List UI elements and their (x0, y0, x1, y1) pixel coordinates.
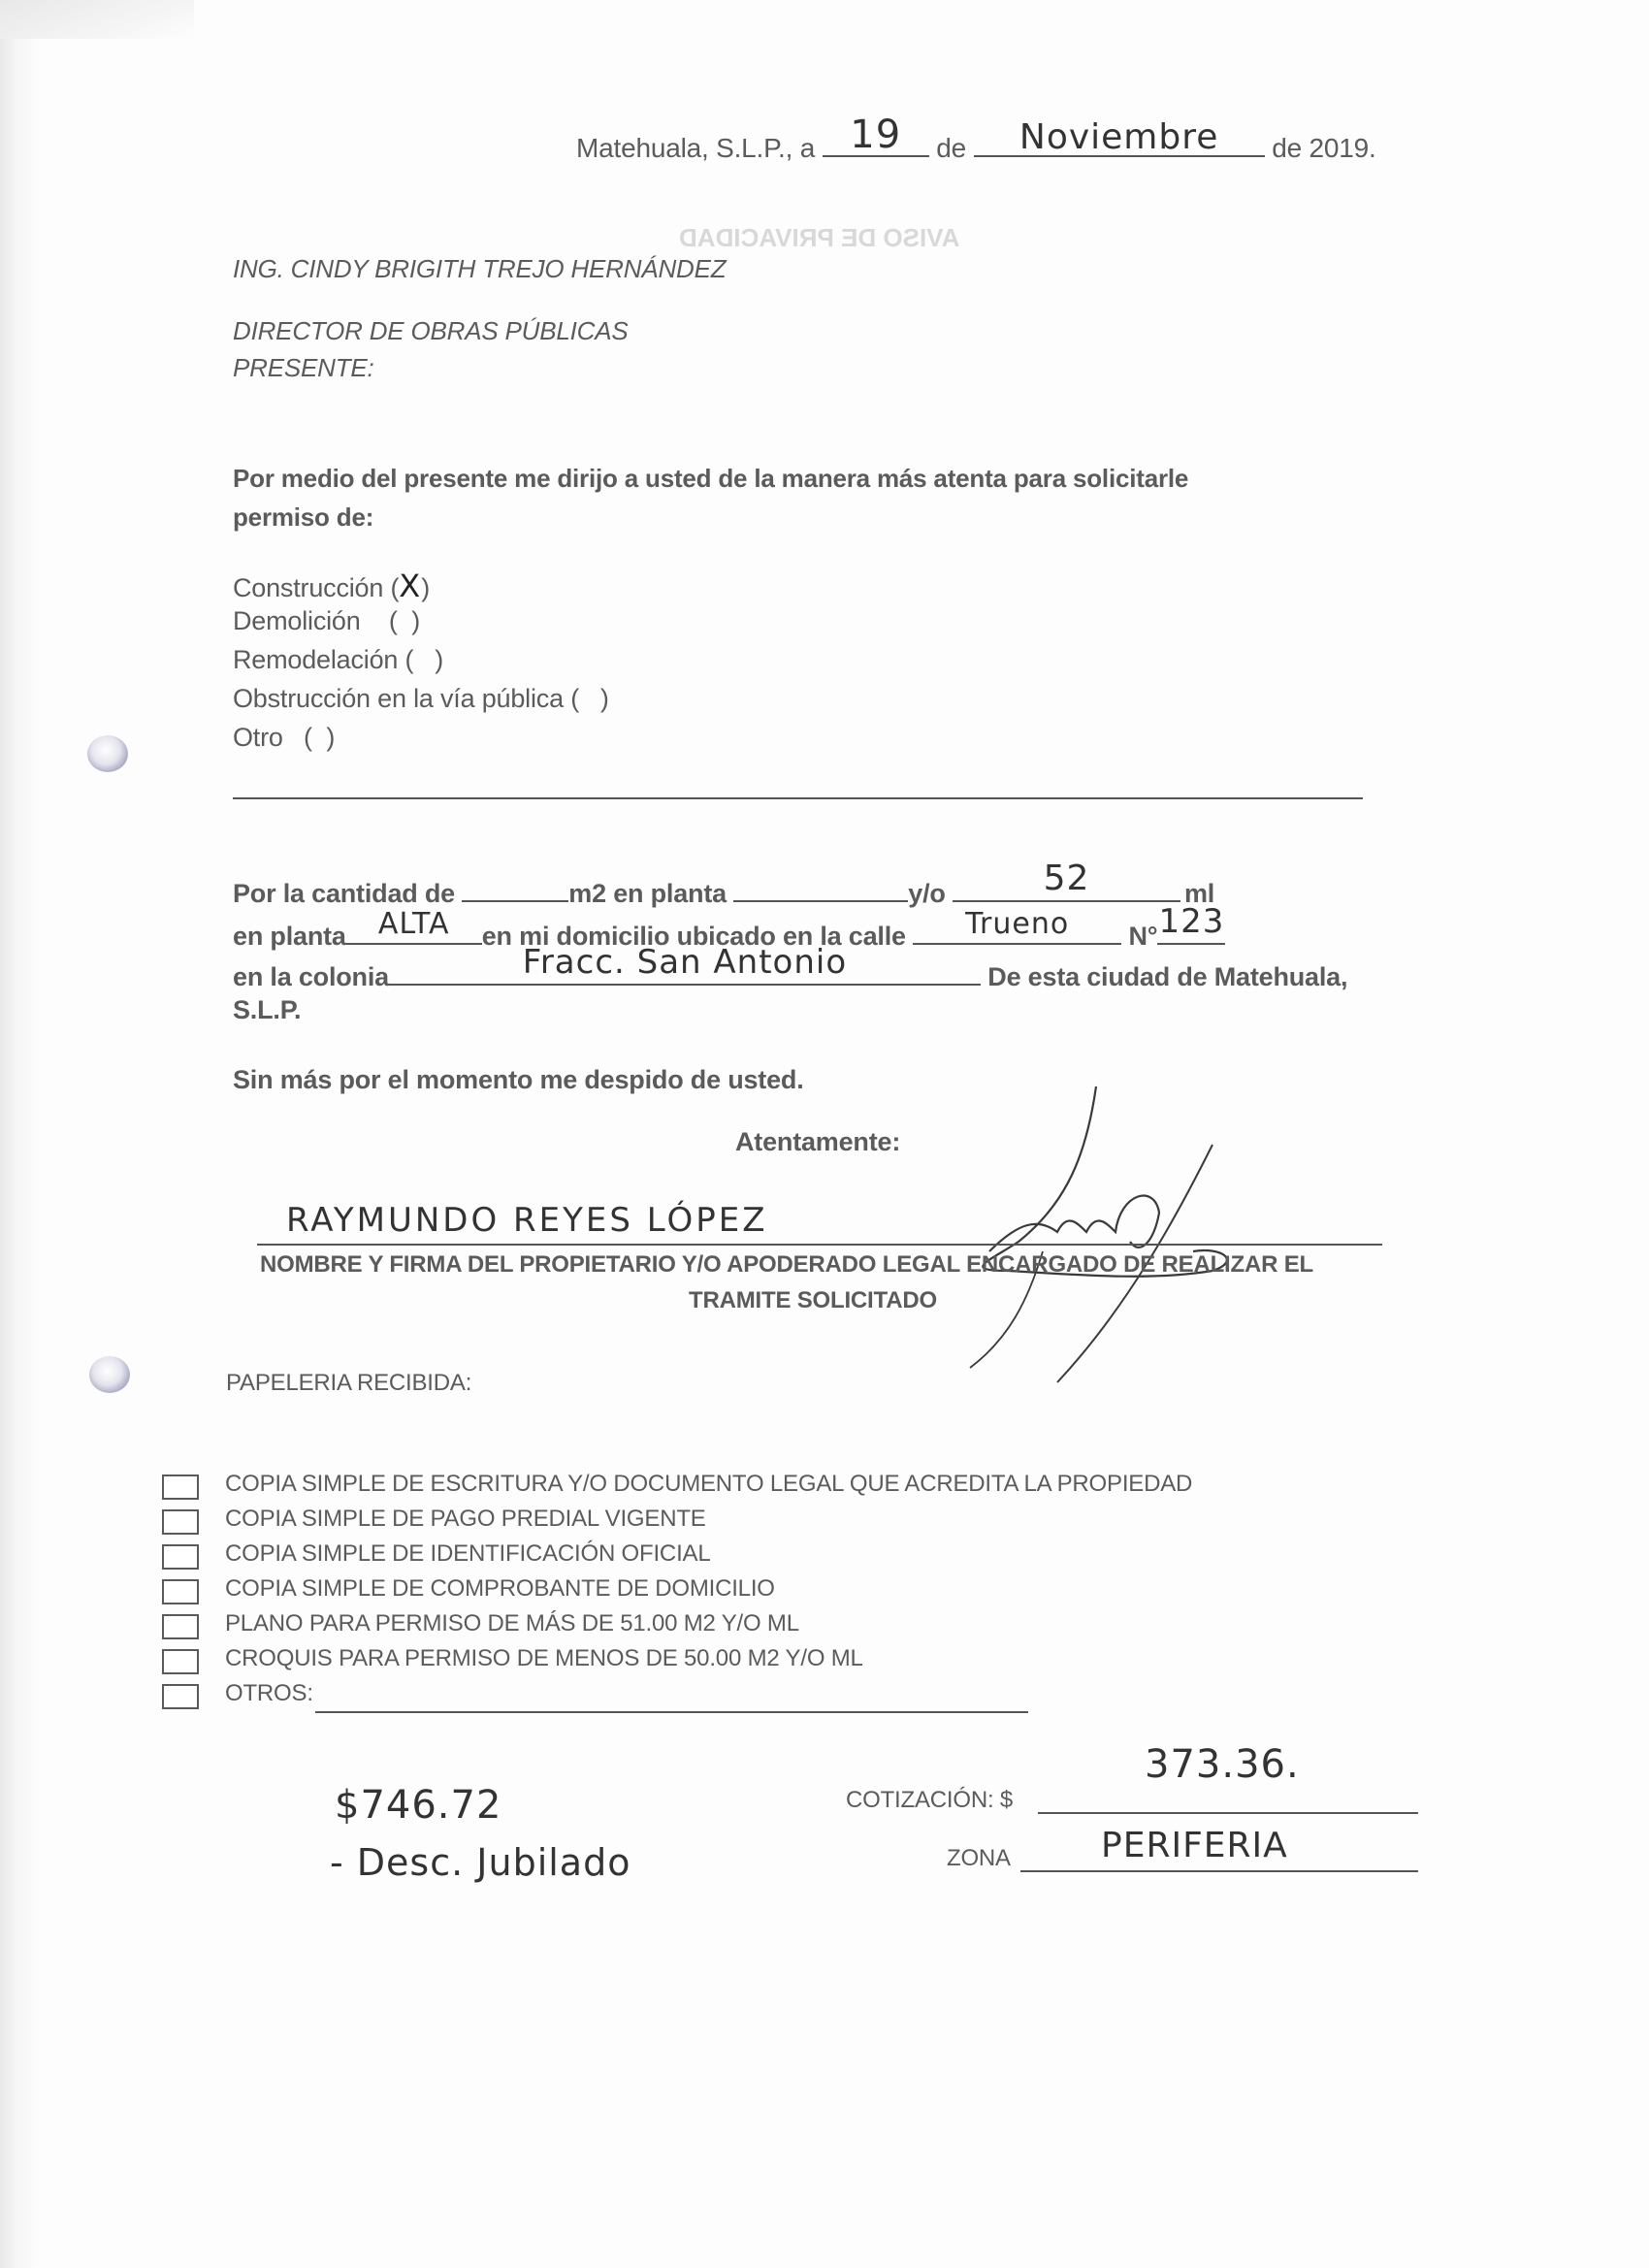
farewell-text: Sin más por el momento me despido de ust… (233, 1065, 804, 1095)
date-place: Matehuala, S.L.P., a (576, 133, 815, 163)
m2-field[interactable] (462, 871, 568, 902)
permit-option-otro[interactable]: Otro ( ) (233, 723, 335, 753)
doc-checkbox-plano[interactable] (162, 1614, 199, 1639)
cotizacion-line[interactable] (1038, 1812, 1418, 1814)
doc-label: COPIA SIMPLE DE IDENTIFICACIÓN OFICIAL (225, 1540, 711, 1568)
addressee-title: DIRECTOR DE OBRAS PÚBLICAS (233, 316, 629, 346)
doc-checkbox-predial[interactable] (162, 1509, 199, 1535)
colonia-field[interactable]: Fracc. San Antonio (389, 955, 981, 986)
planta-field-1[interactable] (733, 871, 908, 902)
addressee-name: ING. CINDY BRIGITH TREJO HERNÁNDEZ (233, 254, 726, 284)
month-value: Noviembre (974, 117, 1265, 157)
doc-checkbox-otros[interactable] (162, 1684, 199, 1709)
punch-hole-bottom (89, 1356, 130, 1393)
permit-option-label: Obstrucción en la vía pública (233, 684, 564, 713)
doc-checkbox-domicilio[interactable] (162, 1579, 199, 1604)
atentamente-text: Atentamente: (735, 1127, 900, 1157)
quantity-line-3: en la coloniaFracc. San Antonio De esta … (233, 955, 1347, 992)
permit-option-construccion[interactable]: Construcción (X) (233, 567, 430, 604)
addressee-presente: PRESENTE: (233, 353, 374, 383)
permit-option-obstruccion[interactable]: Obstrucción en la vía pública ( ) (233, 684, 609, 714)
doc-checkbox-identificacion[interactable] (162, 1544, 199, 1570)
otros-line[interactable] (315, 1711, 1028, 1713)
day-field[interactable]: 19 (823, 126, 929, 157)
permit-option-label: Construcción (233, 573, 383, 602)
doc-label: COPIA SIMPLE DE ESCRITURA Y/O DOCUMENTO … (225, 1471, 1192, 1498)
date-line: Matehuala, S.L.P., a 19 de Noviembre de … (576, 126, 1376, 164)
zona-value: PERIFERIA (1101, 1826, 1288, 1865)
zona-line[interactable] (1020, 1870, 1418, 1872)
permit-option-paren: ( (390, 573, 399, 602)
quantity-line-4: S.L.P. (233, 995, 301, 1025)
planta-field-2[interactable]: ALTA (346, 914, 482, 945)
doc-checkbox-escritura[interactable] (162, 1474, 199, 1500)
signer-name-handwritten: RAYMUNDO REYES LÓPEZ (286, 1201, 768, 1240)
date-de: de (936, 133, 966, 163)
date-year: de 2019. (1272, 133, 1375, 163)
permit-option-label: Demolición (233, 606, 361, 635)
doc-label: CROQUIS PARA PERMISO DE MENOS DE 50.00 M… (225, 1645, 863, 1672)
permit-check-mark: X (399, 567, 421, 604)
cotizacion-label: COTIZACIÓN: $ (846, 1787, 1013, 1814)
quantity-line-1: Por la cantidad de m2 en planta y/o 52ml (233, 871, 1214, 909)
day-value: 19 (823, 113, 929, 157)
otro-specify-line[interactable] (233, 797, 1363, 799)
punch-hole-top (87, 735, 128, 772)
doc-label: OTROS: (225, 1680, 313, 1707)
zona-label: ZONA (947, 1845, 1011, 1872)
signature-caption-2: TRAMITE SOLICITADO (689, 1287, 937, 1314)
month-field[interactable]: Noviembre (974, 126, 1265, 157)
street-field[interactable]: Trueno (913, 914, 1121, 945)
handwritten-note: - Desc. Jubilado (330, 1841, 630, 1884)
permit-option-remodelacion[interactable]: Remodelación ( ) (233, 645, 443, 675)
doc-label: COPIA SIMPLE DE PAGO PREDIAL VIGENTE (225, 1506, 706, 1533)
signature-line (257, 1244, 1382, 1246)
cotizacion-value: 373.36. (1145, 1742, 1300, 1787)
intro-line-1: Por medio del presente me dirijo a usted… (233, 464, 1188, 494)
show-through-title: AVISO DE PRIVACIDAD (679, 223, 959, 253)
permit-option-label: Otro (233, 723, 283, 752)
house-number-field[interactable]: 123 (1157, 914, 1225, 945)
doc-label: COPIA SIMPLE DE COMPROBANTE DE DOMICILIO (225, 1575, 775, 1603)
doc-label: PLANO PARA PERMISO DE MÁS DE 51.00 M2 Y/… (225, 1610, 799, 1637)
permit-option-demolicion[interactable]: Demolición ( ) (233, 606, 420, 636)
signature-caption-1: NOMBRE Y FIRMA DEL PROPIETARIO Y/O APODE… (260, 1251, 1313, 1279)
paper-corner-fold (0, 0, 194, 39)
handwritten-amount: $746.72 (335, 1783, 501, 1828)
signature-icon (951, 1077, 1261, 1387)
permit-option-label: Remodelación (233, 645, 398, 674)
intro-line-2: permiso de: (233, 502, 373, 533)
ml-field[interactable]: 52 (953, 871, 1180, 902)
doc-checkbox-croquis[interactable] (162, 1649, 199, 1674)
papeleria-heading: PAPELERIA RECIBIDA: (226, 1370, 471, 1397)
